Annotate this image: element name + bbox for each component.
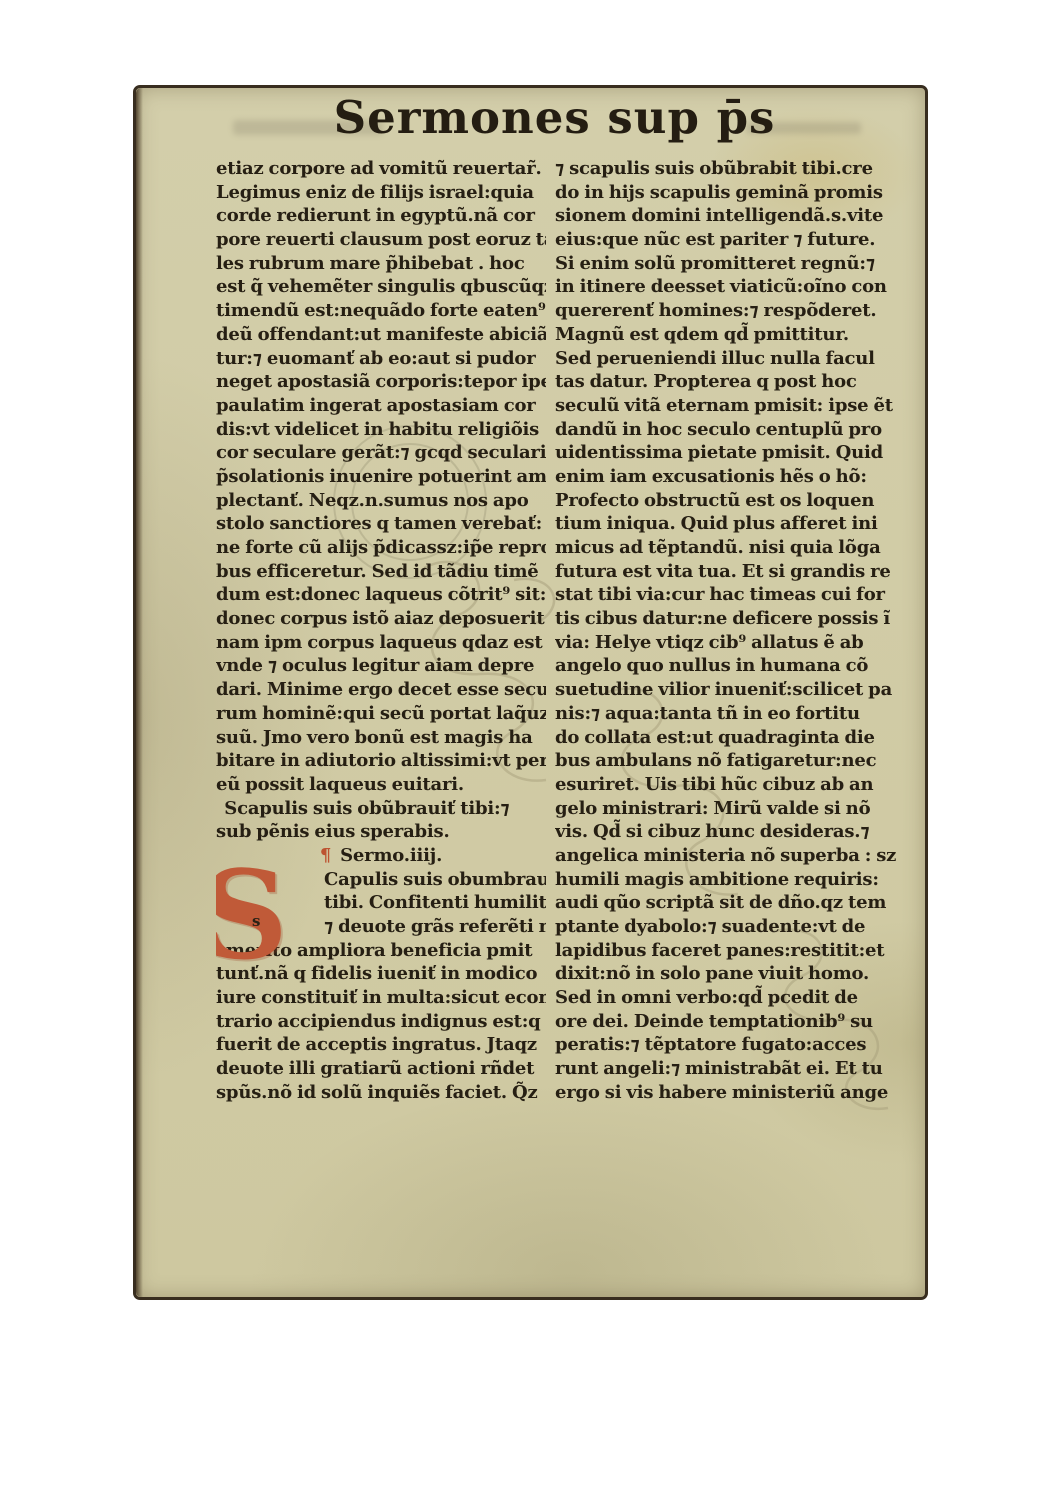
text-line: audi qũo scriptã sit de dño.qz tem bbox=[555, 891, 898, 915]
text-line: gelo ministrari: Mirũ valde si nõ bbox=[555, 797, 898, 821]
text-line: ⁊ scapulis suis obũbrabit tibi.cre bbox=[555, 157, 898, 181]
text-line: donec corpus istõ aiaz deposuerit bbox=[216, 607, 546, 631]
text-line: Si enim solũ promitteret regnũ:⁊ bbox=[555, 252, 898, 276]
text-line: tur:⁊ euomanť ab eo:aut si pudor bbox=[216, 347, 546, 371]
text-line: angelica ministeria nõ superba : sz bbox=[555, 844, 898, 868]
text-line: ptante dyabolo:⁊ suadente:vt de bbox=[555, 915, 898, 939]
text-line: tis cibus datur:ne deficere possis ĩ bbox=[555, 607, 898, 631]
text-line: suetudine vilior inueniť:scilicet pa bbox=[555, 678, 898, 702]
text-line: les rubrum mare p̃hibebat . hoc bbox=[216, 252, 546, 276]
text-line: iure constituiť in multa:sicut econ bbox=[216, 986, 546, 1010]
text-line: spũs.nõ id solũ inquiẽs faciet. Q̃z bbox=[216, 1081, 546, 1105]
text-line: vis. Qd̃ si cibuz hunc desideras.⁊ bbox=[555, 820, 898, 844]
verse-text: Scapulis suis obũbrauiť tibi:⁊ bbox=[224, 798, 509, 819]
text-line: Sed in omni verbo:qd̃ pcedit de bbox=[555, 986, 898, 1010]
text-line: esuriret. Uis tibi hũc cibuz ab an bbox=[555, 773, 898, 797]
text-line: nam ipm corpus laqueus qdaz est bbox=[216, 631, 546, 655]
rubricated-initial: S s bbox=[216, 868, 318, 938]
text-line: futura est vita tua. Et si grandis re bbox=[555, 560, 898, 584]
binding-edge bbox=[136, 88, 143, 1297]
text-line: bus efficeretur. Sed id tãdiu timẽ bbox=[216, 560, 546, 584]
verse-line: sub pẽnis eius sperabis. bbox=[216, 820, 546, 844]
body-paragraph: etiaz corpore ad vomitũ reuertar̃.Legimu… bbox=[216, 157, 546, 797]
text-line: Profecto obstructũ est os loquen bbox=[555, 489, 898, 513]
text-line: est q̃ vehemẽter singulis qbuscũqz bbox=[216, 275, 546, 299]
body-paragraph: ⁊ scapulis suis obũbrabit tibi.credo in … bbox=[555, 157, 898, 1105]
text-line: dis:vt videlicet in habitu religiõis bbox=[216, 418, 546, 442]
text-line: angelo quo nullus in humana cõ bbox=[555, 654, 898, 678]
text-line: pore reuerti clausum post eoruz ta bbox=[216, 228, 546, 252]
text-line: stat tibi via:cur hac timeas cui for bbox=[555, 583, 898, 607]
text-line: paulatim ingerat apostasiam cor bbox=[216, 394, 546, 418]
text-line: do collata est:ut quadraginta die bbox=[555, 726, 898, 750]
text-line: stolo sanctiores q tamen verebať: bbox=[216, 512, 546, 536]
initial-paragraph: S s Capulis suis obumbrauittibi. Confite… bbox=[216, 868, 546, 939]
text-line: eũ possit laqueus euitari. bbox=[216, 773, 546, 797]
text-line: rum hominẽ:qui secũ portat laq̃uz bbox=[216, 702, 546, 726]
text-line: plectanť. Neqz.n.sumus nos apo bbox=[216, 489, 546, 513]
text-line: ne forte cũ alijs p̃dicassz:ip̃e repro bbox=[216, 536, 546, 560]
text-line: tium iniqua. Quid plus afferet ini bbox=[555, 512, 898, 536]
text-line: quererenť homines:⁊ respõderet. bbox=[555, 299, 898, 323]
text-line: runt angeli:⁊ ministrabãt ei. Et tu bbox=[555, 1057, 898, 1081]
text-line: peratis:⁊ tẽptatore fugato:acces bbox=[555, 1033, 898, 1057]
text-line: humili magis ambitione requiris: bbox=[555, 868, 898, 892]
text-line: dixit:nõ in solo pane viuit homo. bbox=[555, 962, 898, 986]
text-line: tas datur. Propterea q post hoc bbox=[555, 370, 898, 394]
text-line: seculũ vitã eternam pmisit: ipse ẽt bbox=[555, 394, 898, 418]
text-line: eius:que nũc est pariter ⁊ future. bbox=[555, 228, 898, 252]
text-line: sionem domini intelligendã.s.vite bbox=[555, 204, 898, 228]
text-line: timendũ est:nequãdo forte eaten⁹ bbox=[216, 299, 546, 323]
text-line: uidentissima pietate pmisit. Quid bbox=[555, 441, 898, 465]
paragraph-mark: ¶ bbox=[320, 845, 331, 866]
text-line: cor seculare gerãt:⁊ gcqd secularis bbox=[216, 441, 546, 465]
text-line: ore dei. Deinde temptationib⁹ su bbox=[555, 1010, 898, 1034]
text-column-right: ⁊ scapulis suis obũbrabit tibi.credo in … bbox=[555, 157, 898, 1105]
text-line: deũ offendant:ut manifeste abiciã bbox=[216, 323, 546, 347]
sermon-heading-label: Sermo.iiij. bbox=[340, 845, 442, 866]
text-line: micus ad tẽptandũ. nisi quia lõga bbox=[555, 536, 898, 560]
verse-line: ¶Scapulis suis obũbrauiť tibi:⁊ bbox=[216, 797, 546, 821]
text-line: do in hijs scapulis geminã promis bbox=[555, 181, 898, 205]
text-line: p̃solationis inuenire potuerint am bbox=[216, 465, 546, 489]
text-line: deuote illi gratiarũ actioni rñdet bbox=[216, 1057, 546, 1081]
text-line: ergo si vis habere ministeriũ ange bbox=[555, 1081, 898, 1105]
text-line: bus ambulans nõ fatigaretur:nec bbox=[555, 749, 898, 773]
text-line: Legimus eniz de filijs israel:quia bbox=[216, 181, 546, 205]
text-line: lapidibus faceret panes:restitit:et bbox=[555, 939, 898, 963]
book-page: Sermones sup p̄s etiaz corpore ad vomitũ… bbox=[133, 85, 928, 1300]
text-line: neget apostasiã corporis:tepor ipe bbox=[216, 370, 546, 394]
running-title: Sermones sup p̄s bbox=[136, 91, 925, 144]
text-line: vnde ⁊ oculus legitur aiam depre bbox=[216, 654, 546, 678]
text-line: in itinere deesset viaticũ:oĩno con bbox=[555, 275, 898, 299]
text-line: dum est:donec laqueus cõtrit⁹ sit: bbox=[216, 583, 546, 607]
text-line: trario accipiendus indignus est:q bbox=[216, 1010, 546, 1034]
text-line: dandũ in hoc seculo centuplũ pro bbox=[555, 418, 898, 442]
text-line: Magnũ est qdem qd̃ pmittitur. bbox=[555, 323, 898, 347]
text-line: Sed perueniendi illuc nulla facul bbox=[555, 347, 898, 371]
text-line: via: Helye vtiqz cib⁹ allatus ẽ ab bbox=[555, 631, 898, 655]
scan-background: Sermones sup p̄s etiaz corpore ad vomitũ… bbox=[0, 0, 1060, 1500]
text-column-left: etiaz corpore ad vomitũ reuertar̃.Legimu… bbox=[216, 157, 546, 1105]
text-line: corde redierunt in egyptũ.nã cor bbox=[216, 204, 546, 228]
guide-letter: s bbox=[252, 910, 260, 934]
text-block: etiaz corpore ad vomitũ reuertar̃.Legimu… bbox=[216, 157, 898, 1105]
text-line: enim iam excusationis hẽs o hõ: bbox=[555, 465, 898, 489]
text-line: fuerit de acceptis ingratus. Jtaqz bbox=[216, 1033, 546, 1057]
text-line: etiaz corpore ad vomitũ reuertar̃. bbox=[216, 157, 546, 181]
text-line: bitare in adiutorio altissimi:vt per bbox=[216, 749, 546, 773]
text-line: nis:⁊ aqua:tanta tñ in eo fortitu bbox=[555, 702, 898, 726]
text-line: dari. Minime ergo decet esse secu bbox=[216, 678, 546, 702]
text-line: suũ. Jmo vero bonũ est magis ha bbox=[216, 726, 546, 750]
